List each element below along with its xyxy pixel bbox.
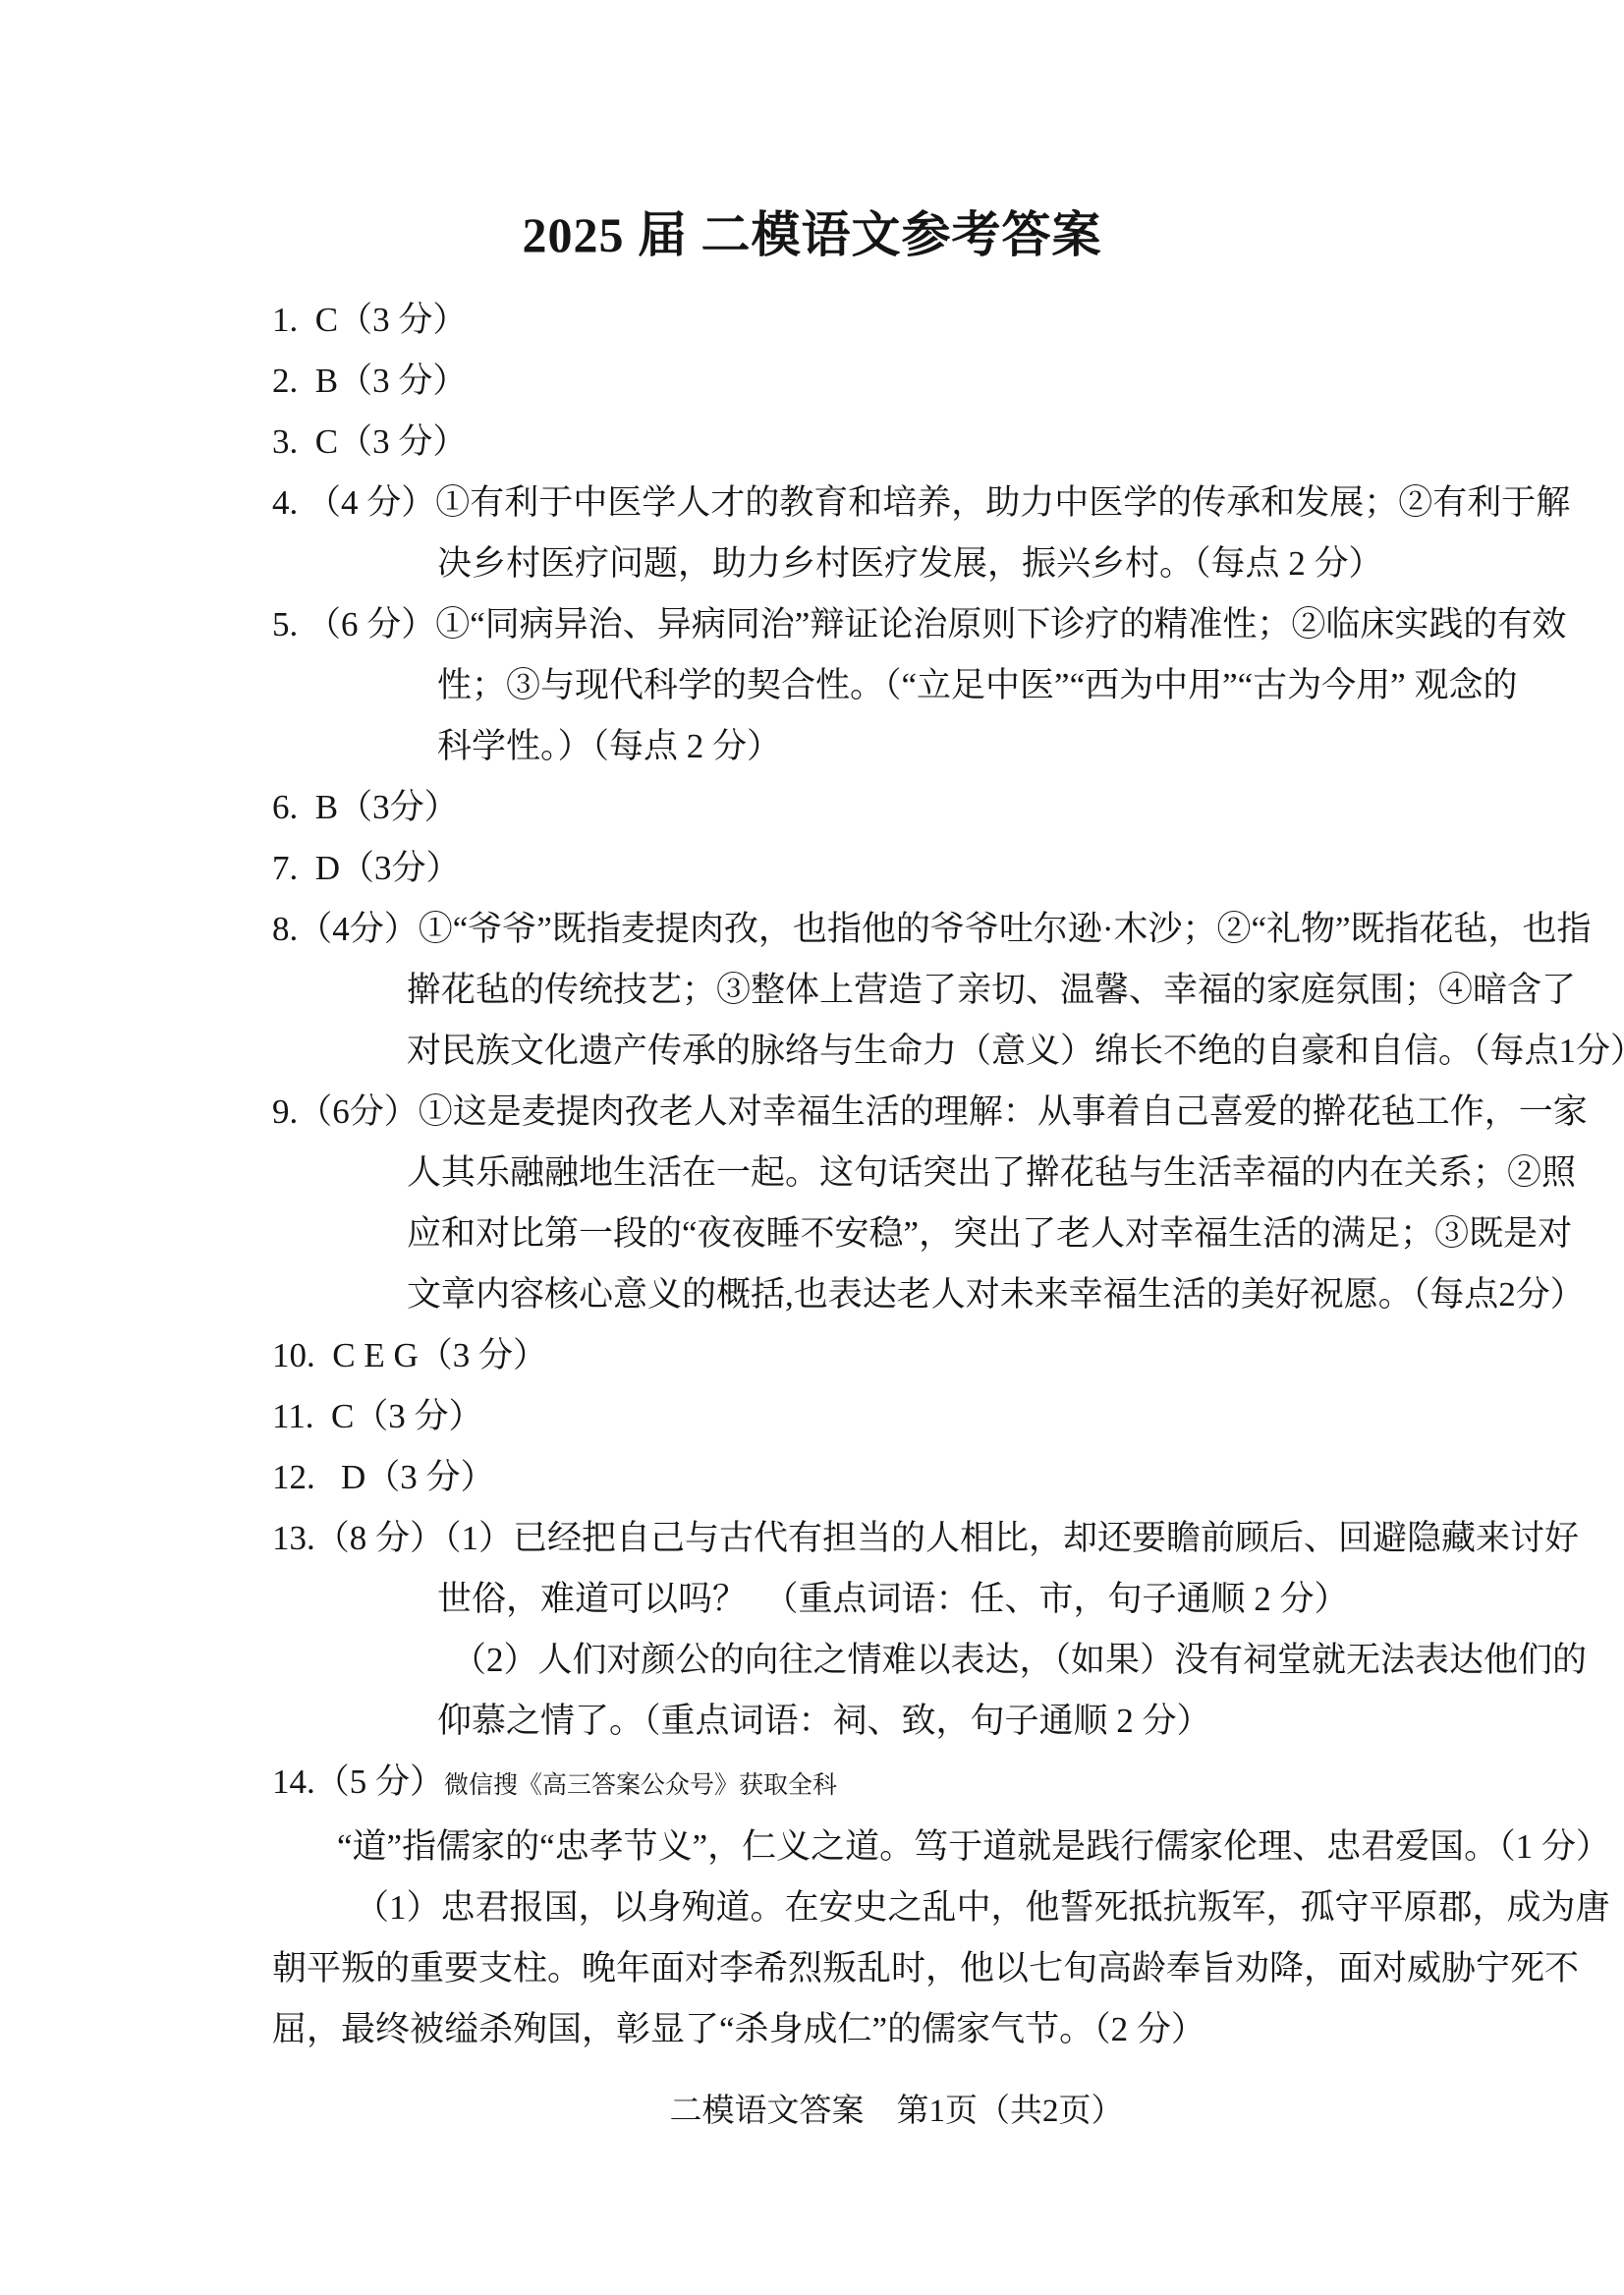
answer-q6: 6. B（3分）	[272, 777, 1565, 838]
answer-q5-line1: 5. （6 分）①“同病异治、异病同治”辩证论治原则下诊疗的精准性；②临床实践的…	[272, 594, 1565, 655]
page-title: 2025 届 二模语文参考答案	[0, 204, 1624, 265]
answer-q5-line2: 性；③与现代科学的契合性。（“立足中医”“西为中用”“古为今用” 观念的	[437, 655, 1565, 716]
answer-q3: 3. C（3 分）	[272, 412, 1565, 473]
answer-q13-line3: （2）人们对颜公的向往之情难以表达，（如果）没有祠堂就无法表达他们的	[452, 1630, 1565, 1691]
watermark-text: 微信搜《高三答案公众号》获取全科	[444, 1772, 837, 1799]
answer-q14-para2-line1: （1）忠君报国，以身殉道。在安史之乱中，他誓死抵抗叛军，孤守平原郡，成为唐	[355, 1877, 1565, 1938]
answer-q13-line2: 世俗，难道可以吗？ （重点词语：任、市，句子通顺 2 分）	[437, 1569, 1565, 1630]
answer-list: 1. C（3 分） 2. B（3 分） 3. C（3 分） 4. （4 分）①有…	[272, 290, 1565, 2060]
answer-q9-line3: 应和对比第一段的“夜夜睡不安稳”，突出了老人对幸福生活的满足；③既是对	[407, 1203, 1565, 1264]
answer-q10: 10. C E G（3 分）	[272, 1325, 1565, 1386]
answer-q4-line1: 4. （4 分）①有利于中医学人才的教育和培养，助力中医学的传承和发展；②有利于…	[272, 473, 1565, 533]
answer-q12: 12. D（3 分）	[272, 1447, 1565, 1508]
answer-q14-para2-line3: 屈，最终被缢杀殉国，彰显了“杀身成仁”的儒家气节。（2 分）	[272, 1999, 1565, 2060]
answer-q14-para1: “道”指儒家的“忠孝节义”，仁义之道。笃于道就是践行儒家伦理、忠君爱国。（1 分…	[337, 1817, 1565, 1877]
answer-q2: 2. B（3 分）	[272, 351, 1565, 412]
answer-q4-line2: 决乡村医疗问题，助力乡村医疗发展，振兴乡村。（每点 2 分）	[437, 533, 1565, 594]
answer-q13-line1: 13.（8 分）（1）已经把自己与古代有担当的人相比，却还要瞻前顾后、回避隐藏来…	[272, 1508, 1565, 1569]
answer-q9-line2: 人其乐融融地生活在一起。这句话突出了擀花毡与生活幸福的内在关系；②照	[407, 1143, 1565, 1203]
answer-q1: 1. C（3 分）	[272, 290, 1565, 351]
answer-q13-line4: 仰慕之情了。（重点词语：祠、致，句子通顺 2 分）	[437, 1691, 1565, 1752]
answer-q9-line4: 文章内容核心意义的概括,也表达老人对未来幸福生活的美好祝愿。（每点2分）	[407, 1264, 1565, 1325]
answer-q8-line2: 擀花毡的传统技艺；③整体上营造了亲切、温馨、幸福的家庭氛围；④暗含了	[407, 960, 1565, 1021]
answer-q11: 11. C（3 分）	[272, 1386, 1565, 1447]
answer-q7: 7. D（3分）	[272, 838, 1565, 899]
answer-sheet-page: 2025 届 二模语文参考答案 1. C（3 分） 2. B（3 分） 3. C…	[0, 0, 1624, 2295]
answer-q9-line1: 9.（6分）①这是麦提肉孜老人对幸福生活的理解：从事着自己喜爱的擀花毡工作，一家	[272, 1082, 1565, 1143]
answer-q14-para2-line2: 朝平叛的重要支柱。晚年面对李希烈叛乱时，他以七旬高龄奉旨劝降，面对威胁宁死不	[272, 1938, 1565, 1999]
answer-q8-line3: 对民族文化遗产传承的脉络与生命力（意义）绵长不绝的自豪和自信。（每点1分）	[407, 1021, 1565, 1082]
answer-q8-line1: 8.（4分）①“爷爷”既指麦提肉孜，也指他的爷爷吐尔逊·木沙；②“礼物”既指花毡…	[272, 899, 1565, 960]
answer-q5-line3: 科学性。）（每点 2 分）	[437, 716, 1565, 777]
answer-q14-label: 14.（5 分）	[272, 1763, 444, 1801]
page-footer: 二模语文答案 第1页（共2页）	[0, 2089, 1624, 2134]
answer-q14-header: 14.（5 分）微信搜《高三答案公众号》获取全科	[272, 1752, 1565, 1817]
